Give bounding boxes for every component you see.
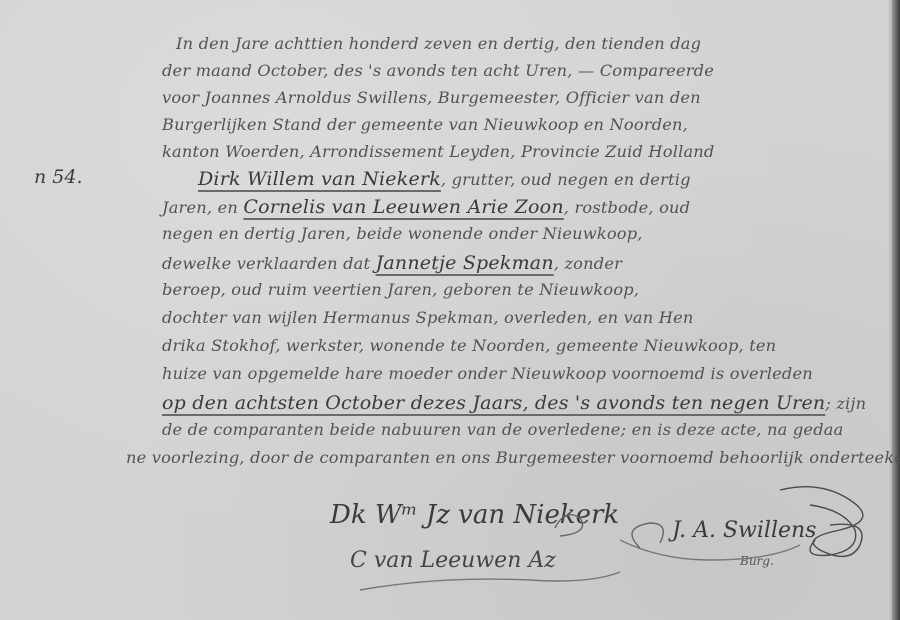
text-segment: ; zijn [825, 394, 866, 413]
text-line: In den Jare achttien honderd zeven en de… [176, 34, 701, 53]
text-segment: kanton Woerden, Arrondissement Leyden, P… [162, 142, 714, 161]
signature-van-leeuwen: C van Leeuwen Az [350, 548, 556, 573]
text-segment: In den Jare achttien honderd zeven en de… [176, 34, 701, 53]
text-line: drika Stokhof, werkster, wonende te Noor… [162, 336, 776, 355]
underlined-name: op den achtsten October dezes Jaars, des… [162, 392, 825, 414]
page-edge [892, 0, 900, 620]
text-segment: de de comparanten beide nabuuren van de … [162, 420, 843, 439]
text-line: op den achtsten October dezes Jaars, des… [162, 392, 866, 414]
text-line: voor Joannes Arnoldus Swillens, Burgemee… [162, 88, 701, 107]
signature-swillens: J. A. Swillens [672, 518, 816, 543]
text-line: de de comparanten beide nabuuren van de … [162, 420, 843, 439]
text-segment: beroep, oud ruim veertien Jaren, geboren… [162, 280, 639, 299]
text-segment: dochter van wijlen Hermanus Spekman, ove… [162, 308, 693, 327]
signature-van-niekerk: Dk Wᵐ Jz van Niekerk [330, 500, 619, 530]
document-page: n 54. In den Jare achttien honderd zeven… [0, 0, 900, 620]
text-line: Burgerlijken Stand der gemeente van Nieu… [162, 115, 688, 134]
text-segment: , grutter, oud negen en dertig [441, 170, 691, 189]
underlined-name: Jannetje Spekman [376, 252, 554, 274]
text-line: beroep, oud ruim veertien Jaren, geboren… [162, 280, 639, 299]
text-segment: huize van opgemelde hare moeder onder Ni… [162, 364, 813, 383]
text-line: der maand October, des 's avonds ten ach… [162, 61, 714, 80]
text-segment: , zonder [554, 254, 622, 273]
text-line: dewelke verklaarden dat Jannetje Spekman… [162, 252, 622, 274]
text-line: huize van opgemelde hare moeder onder Ni… [162, 364, 813, 383]
text-segment: , rostbode, oud [564, 198, 690, 217]
text-segment: negen en dertig Jaren, beide wonende ond… [162, 224, 643, 243]
text-segment: voor Joannes Arnoldus Swillens, Burgemee… [162, 88, 701, 107]
record-number: n 54. [34, 166, 83, 188]
text-segment: Burgerlijken Stand der gemeente van Nieu… [162, 115, 688, 134]
text-segment: Jaren, en [162, 198, 243, 217]
text-line: negen en dertig Jaren, beide wonende ond… [162, 224, 643, 243]
text-line: Jaren, en Cornelis van Leeuwen Arie Zoon… [162, 196, 690, 218]
text-segment: dewelke verklaarden dat [162, 254, 376, 273]
text-segment: der maand October, des 's avonds ten ach… [162, 61, 714, 80]
underlined-name: Dirk Willem van Niekerk [198, 168, 441, 190]
text-segment: drika Stokhof, werkster, wonende te Noor… [162, 336, 776, 355]
text-segment: ne voorlezing, door de comparanten en on… [126, 448, 900, 467]
underlined-name: Cornelis van Leeuwen Arie Zoon [243, 196, 563, 218]
text-line: kanton Woerden, Arrondissement Leyden, P… [162, 142, 714, 161]
text-line: ne voorlezing, door de comparanten en on… [126, 448, 900, 467]
signature-swillens-title: Burg. [740, 554, 774, 568]
text-line: Dirk Willem van Niekerk, grutter, oud ne… [198, 168, 691, 190]
text-line: dochter van wijlen Hermanus Spekman, ove… [162, 308, 693, 327]
